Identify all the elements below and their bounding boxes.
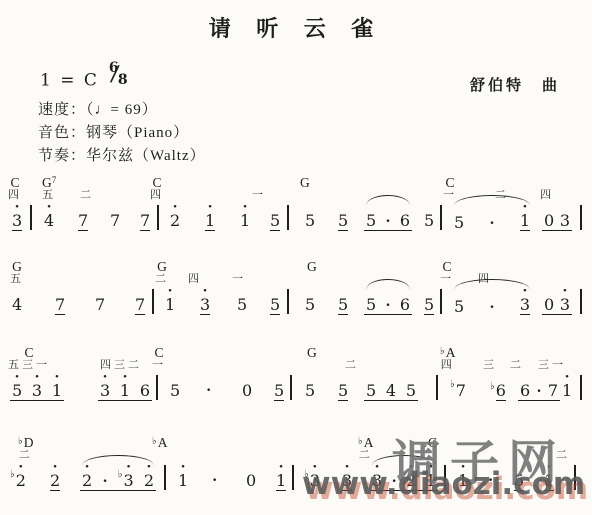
timbre-line: 音色：钢琴（Piano） [38,121,189,142]
note-digit: 1 [276,472,286,489]
flat-sign: ♭ [152,436,157,447]
note-digit: 6 [520,382,530,399]
note-digit: 5 [305,212,315,229]
fingering-mark: 二 [80,190,94,201]
note-digit: 5 [12,382,22,399]
chord-mark: 二 [80,176,94,201]
note: •2 [406,462,416,489]
note-core: •3 [310,462,320,489]
barline [444,465,446,490]
flat-sign: ♭ [440,346,445,357]
composer-credit: 舒伯特 曲 [470,74,560,95]
note: •5 [12,372,22,399]
note-digit: 5 [338,382,348,399]
note: •1 [165,286,175,313]
duration-dot: · [385,202,390,229]
rhythm-line: 节奏：华尔兹（Waltz） [38,144,206,165]
chord-mark: ♭A四 [440,346,455,371]
barline [440,289,442,314]
note-core: 5 [338,286,348,315]
note: 4 [386,372,396,399]
note: ♭•3 [118,462,134,489]
chord-mark: G [300,176,310,189]
note-group: 03 [542,202,572,231]
note: 7 [135,286,145,315]
chord-name: C [152,346,166,359]
note-core: 5 [366,202,376,229]
note-core: 5 [305,202,315,229]
note: •1 [544,462,554,491]
note: •1 [426,462,436,489]
note-digit: 3 [310,472,320,489]
note-digit: 4 [386,382,396,399]
note-core: •1 [458,462,468,489]
chord-mark: G [307,346,317,359]
note-digit: 4 [12,296,22,313]
note-digit: 3 [342,472,352,489]
barline [287,289,289,314]
chord-mark: C一 [440,260,454,285]
note-digit: 5 [454,298,464,315]
note-core: •1 [562,372,572,399]
chord-mark: C一 [152,346,166,371]
note-core: •1 [178,462,188,489]
fingering-mark: 二 [155,274,169,285]
note-core: 7 [55,286,65,315]
note: 5 [338,372,348,401]
note-core: 5 [237,286,247,313]
note: •3 [32,372,42,399]
note-core: •3 [12,202,22,231]
music-line: ♭D二♭A♭A二C二♭•2•2•2·♭•3•2•1·0•1♭•3•3•3·•2•… [0,436,592,498]
chord-name: G [155,260,169,273]
note: •4 [44,202,54,229]
chord-mark: 四 [188,260,202,285]
note-core: •3 [100,372,110,399]
note-core: 7 [95,286,105,313]
note: •1 [562,372,572,399]
note-core: •3 [520,286,530,315]
note-core: •1 [520,202,530,231]
note-digit: 7 [95,296,105,313]
note: •2 [170,202,180,229]
note-digit: 1 [544,472,554,489]
chord-name: ♭D [18,436,33,449]
note: 5 [305,372,315,399]
note: 5 [170,372,180,399]
note-digit: 0 [544,212,554,229]
chord-name: C [443,176,457,189]
barline [152,289,154,314]
note: 7 [140,202,150,231]
note-core: 5 [338,202,348,231]
note-row: •5•3•1•3•165·0555545♭7♭66·7•1 [0,372,592,406]
note-core: 4 [386,372,396,399]
note: ♭7 [450,372,466,399]
note-digit: 7 [135,296,145,313]
note-digit: 5 [366,296,376,313]
note-core: 7 [456,372,466,399]
note-core: 5 [305,372,315,399]
note-digit: 5 [338,212,348,229]
barline [440,205,442,230]
note: •2 [82,462,92,489]
note: •3 [520,286,530,315]
music-line: C五三一四三二C一G二♭A四三二三一•5•3•1•3•165·0555545♭7… [0,346,592,408]
fingering-mark: 四 [188,274,202,285]
note-core: 0 [246,462,256,489]
note: 6 [400,202,410,229]
note-digit: 6 [496,382,506,399]
chord-mark: C五三一 [8,346,50,371]
note-core: 5 [366,372,376,399]
chord-name [538,346,566,359]
note: •1 [276,462,286,491]
chord-mark: 四三二 [100,346,142,371]
note-core: •1 [52,372,62,399]
note: 5 [338,202,348,231]
note-digit: 1 [52,382,62,399]
note-digit: 5 [366,382,376,399]
chord-name [478,260,492,273]
chord-row: C五三一四三二C一G二♭A四三二三一 [0,346,592,372]
note-core: 5 [424,202,434,229]
note: 5 [514,462,524,491]
note-digit: 5 [406,382,416,399]
note-digit: 7 [456,382,466,399]
fingering-mark: 三一 [538,360,566,371]
note-core: 7 [548,372,558,399]
chord-mark: C四 [150,176,164,201]
note: 5 [454,204,464,231]
note-core: 5 [170,372,180,399]
note-core: •3 [372,462,382,489]
duration-dot: · [488,462,493,488]
note-digit: 5 [170,382,180,399]
chord-name: G [10,260,24,273]
note: 3 [560,202,570,229]
note-group: 5·•1 [452,202,532,231]
note-core: 5 [424,286,434,315]
chord-mark: 三一 [538,346,566,371]
flat-sign: ♭ [358,436,363,447]
note-core: •1 [544,462,554,491]
chord-name: C [440,260,454,273]
chord-mark: C一 [443,176,457,201]
flat-sign: ♭ [304,470,309,480]
note: •1 [178,462,188,489]
chord-mark: ♭D二 [18,436,33,461]
note: 7 [548,372,558,399]
note: 5 [366,372,376,399]
note: 7 [95,286,105,313]
note-digit: 7 [78,212,88,229]
note-core: •2 [406,462,416,489]
chord-name: G [307,260,317,273]
note-group: 545 [364,372,418,401]
note-digit: 5 [305,382,315,399]
chord-name: ♭A [152,436,167,449]
note-group: •3·•2•1 [370,462,438,491]
note-core: •1 [276,462,286,491]
note-core: 6 [400,286,410,313]
note-core: 7 [78,202,88,231]
note-digit: 5 [237,296,247,313]
note: •3 [100,372,110,399]
chord-name [540,176,554,189]
chord-mark: G五 [10,260,24,285]
note-core: •1 [426,462,436,489]
note-digit: 5 [454,214,464,231]
fingering-mark: 五 [42,190,56,201]
note: ♭6 [490,372,506,401]
chord-name [510,346,524,359]
note-digit: 0 [544,296,554,313]
barline [164,465,166,490]
note: •1 [52,372,62,399]
chord-name: C [8,176,22,189]
fingering-mark: 五 [10,274,24,285]
note-row: •3•4777•2•1•15555·655·•103 [0,202,592,236]
barline [30,205,32,230]
note: •3 [342,462,352,491]
note: 7 [110,202,120,229]
note-core: 0 [242,372,252,399]
note: ♭•2 [10,462,26,489]
note-group: 0•3 [542,286,572,315]
note-digit: 1 [178,472,188,489]
chord-mark: 二 [510,346,524,371]
fingering-mark: 一 [152,360,166,371]
chord-mark: ♭A [152,436,167,449]
note-core: •5 [12,372,22,399]
note-digit: 6 [400,296,410,313]
note-core: •1 [205,202,215,231]
note-core: 0 [544,202,554,229]
note-digit: 5 [305,296,315,313]
chord-name: G [300,176,310,189]
note-core: 6 [400,202,410,229]
note: ♭•3 [304,462,320,489]
note-digit: 1 [426,472,436,489]
barline [580,375,582,400]
note-core: 5 [366,286,376,313]
note: 5 [274,372,284,401]
note-digit: 5 [270,296,280,313]
note-digit: 2 [50,472,60,489]
note-core: 5 [270,202,280,231]
note-digit: 1 [240,212,250,229]
fingering-mark: 一 [252,190,266,201]
note-digit: 5 [338,296,348,313]
duration-dot: · [385,286,390,313]
note-core: 6 [496,372,506,401]
note-digit: 7 [55,296,65,313]
flat-sign: ♭ [450,380,455,390]
note: 5 [338,286,348,315]
note-digit: 3 [560,296,570,313]
chord-name: ♭A [358,436,373,449]
note: •1 [205,202,215,231]
note-digit: 3 [32,382,42,399]
note-core: 5 [514,462,524,491]
note-digit: 7 [548,382,558,399]
time-signature: 6/8 [109,68,131,94]
chord-name [232,260,246,273]
fingering-mark: 二 [18,450,33,461]
note-core: •3 [32,372,42,399]
note-digit: 3 [560,212,570,229]
note-row: 4777•1•355555·655·•30•3 [0,286,592,320]
note-core: 5 [270,286,280,315]
note-digit: 4 [44,212,54,229]
song-title: 请 听 云 雀 [0,12,592,43]
note: 5 [366,286,376,313]
fingering-mark: 四 [8,190,22,201]
note: 5 [237,286,247,313]
note-core: •1 [165,286,175,313]
fingering-mark: 二 [358,450,373,461]
note: 5 [424,286,434,315]
note-row: ♭•2•2•2·♭•3•2•1·0•1♭•3•3•3·•2•1•1·5•1 [0,462,592,496]
barline [157,205,159,230]
flat-sign: ♭ [10,470,15,480]
note-digit: 3 [12,212,22,229]
note: •3 [372,462,382,489]
fingering-mark: 四 [150,190,164,201]
fingering-mark: 三 [483,360,497,371]
flat-sign: ♭ [118,470,123,480]
note-group: 5·6 [364,286,412,315]
duration-dot: · [392,462,397,489]
note-core: •3 [124,462,134,489]
duration-dot: · [206,372,211,398]
note-digit: 1 [120,382,130,399]
chord-name [483,346,497,359]
note: 6 [520,372,530,399]
chord-name: G [307,346,317,359]
barline [580,289,582,314]
key-signature: 1 = C6/8 [40,68,131,94]
note-core: •2 [170,202,180,229]
note-digit: 2 [170,212,180,229]
note-digit: 3 [372,472,382,489]
barline [292,465,294,490]
note-digit: 6 [140,382,150,399]
note: 5 [305,202,315,229]
note-digit: 2 [82,472,92,489]
note-digit: 2 [406,472,416,489]
chord-name [80,176,94,189]
note-group: •2·♭•3•2 [80,462,156,491]
note: 6 [400,286,410,313]
barline [290,375,292,400]
flat-sign: ♭ [18,436,23,447]
chord-mark: 二 [345,346,359,371]
note: 7 [78,202,88,231]
note: •3 [12,202,22,231]
note-digit: 3 [520,296,530,313]
note: •3 [560,286,570,313]
note: 5 [454,288,464,315]
music-line: C四G7五二C四一GC一二四•3•4777•2•1•15555·655·•103 [0,176,592,238]
note: •2 [144,462,154,489]
note: 5 [406,372,416,399]
barline [436,375,438,400]
note-core: •2 [144,462,154,489]
note-digit: 2 [16,472,26,489]
chord-name [188,260,202,273]
note-core: •1 [240,202,250,229]
note-core: 5 [274,372,284,401]
note-digit: 5 [366,212,376,229]
note-digit: 5 [270,212,280,229]
chord-mark: 二 [556,436,570,461]
note-core: •3 [200,286,210,315]
note-core: 3 [560,202,570,229]
chord-name: C [150,176,164,189]
barline [580,205,582,230]
chord-name: C [8,346,50,359]
note-core: •1 [120,372,130,399]
note: 0 [246,462,256,489]
note-core: 6 [520,372,530,399]
note: 5 [305,286,315,313]
note: 6 [140,372,150,399]
note-core: •3 [560,286,570,313]
note-digit: 6 [400,212,410,229]
chord-mark: 一 [232,260,246,285]
sheet-music-page: { "header": { "title": "请 听 云 雀", "key_p… [0,0,592,515]
note-core: 5 [305,286,315,313]
note: 4 [12,286,22,313]
note-digit: 7 [110,212,120,229]
fingering-mark: 四 [440,360,455,371]
note: 5 [270,202,280,231]
note-digit: 0 [246,472,256,489]
fingering-mark: 一 [232,274,246,285]
duration-dot: · [489,204,494,231]
chord-name [556,436,570,449]
key-text: 1 = C [40,71,99,91]
note-digit: 3 [200,296,210,313]
chord-name [495,176,509,189]
note-digit: 5 [424,212,434,229]
chord-mark: 三 [483,346,497,371]
note-core: •2 [16,462,26,489]
chord-mark: ♭A二 [358,436,373,461]
fingering-mark: 四三二 [100,360,142,371]
tempo-line: 速度：（♩= 69） [38,98,158,119]
chord-mark: G [307,260,317,273]
fingering-mark: 二 [345,360,359,371]
chord-mark: 一 [252,176,266,201]
note-core: •3 [342,462,352,491]
note-core: 5 [338,372,348,401]
note: •1 [240,202,250,229]
note-digit: 1 [205,212,215,229]
note-group: 6·7 [518,372,560,401]
flat-sign: ♭ [490,382,495,392]
note-digit: 5 [274,382,284,399]
note: •3 [200,286,210,315]
note-core: 5 [406,372,416,399]
chord-name: G7 [42,176,56,189]
note-core: •2 [82,462,92,489]
chord-mark: C四 [8,176,22,201]
note-core: •2 [50,462,60,491]
note-group: •3•16 [98,372,152,401]
